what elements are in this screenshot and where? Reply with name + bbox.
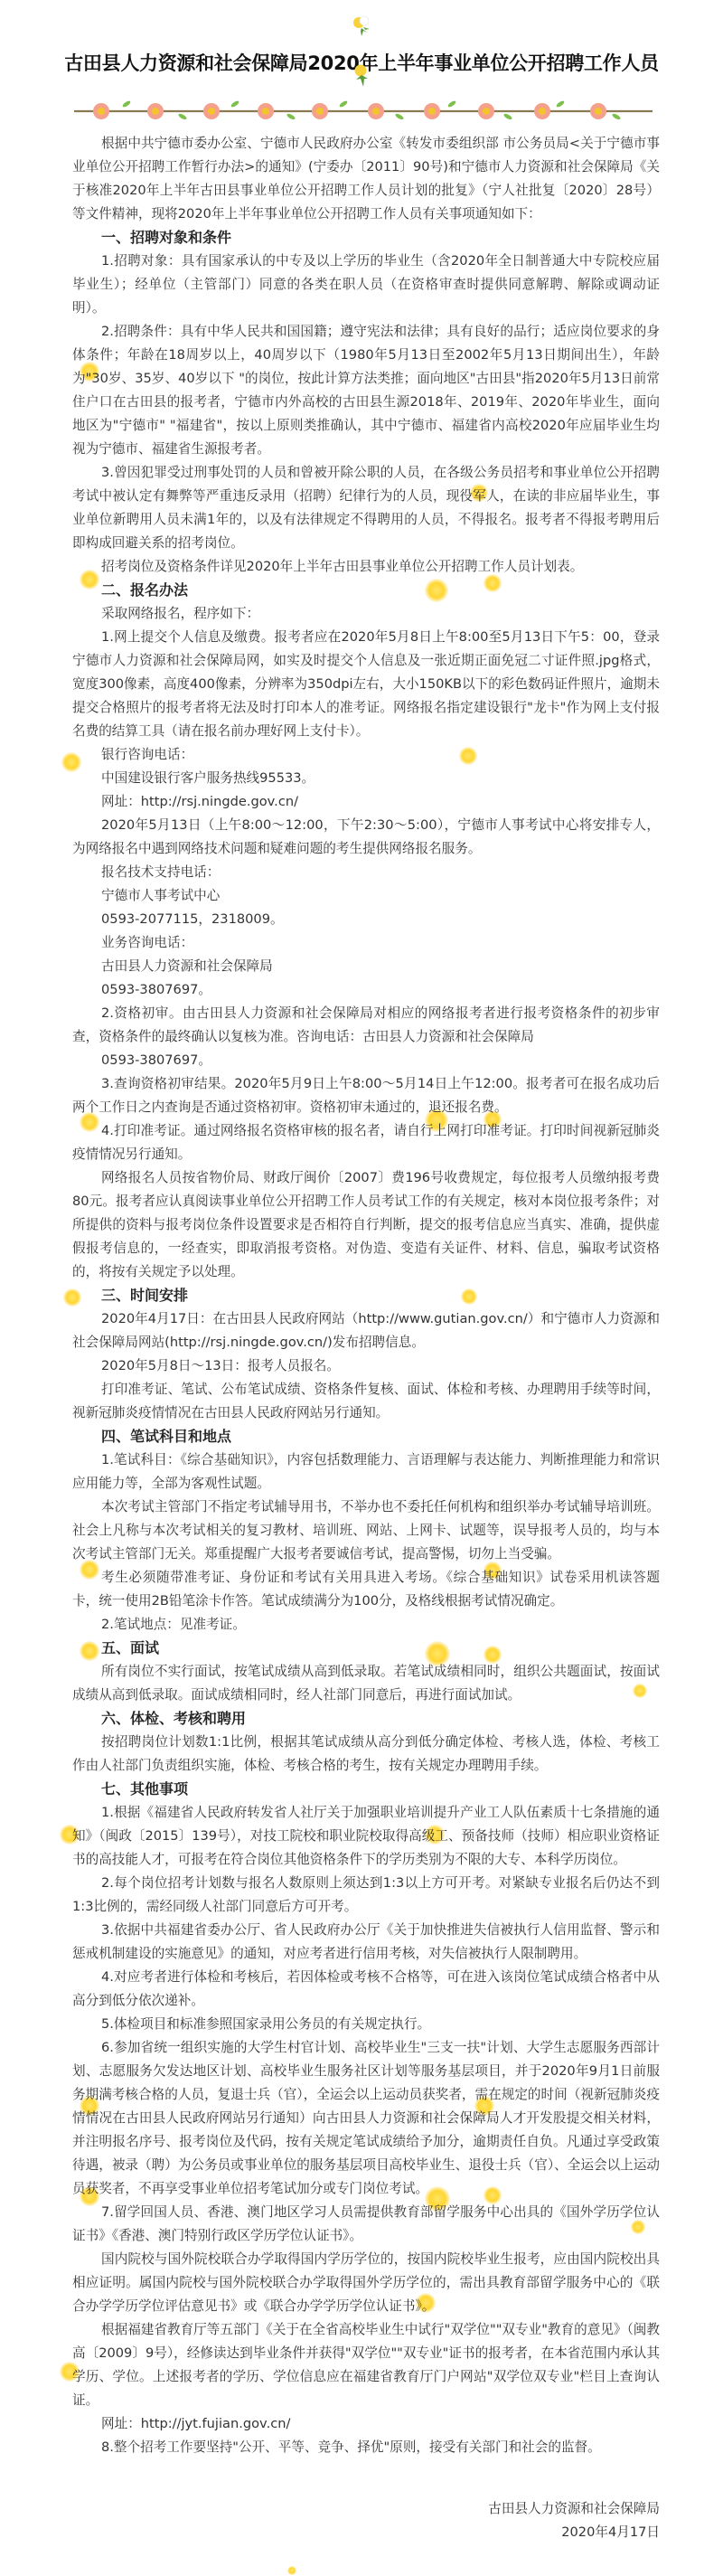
paragraph: 本次考试主管部门不指定考试辅导用书，不举办也不委托任何机构和组织举办考试辅导培训… xyxy=(72,1496,660,1566)
paragraph: 1.招聘对象：具有国家承认的中专及以上学历的毕业生（含2020年全日制普通大中专… xyxy=(72,250,660,320)
section-heading: 六、体检、考核和聘用 xyxy=(72,1707,660,1731)
paragraph: 1.根据《福建省人民政府转发省人社厅关于加强职业培训提升产业工人队伍素质十七条措… xyxy=(72,1801,660,1872)
paragraph: 中国建设银行客户服务热线95533。 xyxy=(72,767,660,790)
paragraph: 2020年5月13日（上午8:00～12:00，下午2:30～5:00），宁德市… xyxy=(72,814,660,861)
section-heading: 三、时间安排 xyxy=(72,1284,660,1307)
paragraph: 招考岗位及资格条件详见2020年上半年古田县事业单位公开招聘工作人员计划表。 xyxy=(72,555,660,579)
article-body: 根据中共宁德市委办公室、宁德市人民政府办公室《转发市委组织部 市公务员局<关于宁… xyxy=(72,132,660,2544)
paragraph: 报名技术支持电话： xyxy=(72,861,660,884)
paragraph: 3.依据中共福建省委办公厅、省人民政府办公厅《关于加快推进失信被执行人信用监督、… xyxy=(72,1919,660,1966)
section-heading: 四、笔试科目和地点 xyxy=(72,1425,660,1448)
paragraph: 6.参加省统一组织实施的大学生村官计划、高校毕业生"三支一扶"计划、大学生志愿服… xyxy=(72,2036,660,2201)
section-heading: 五、面试 xyxy=(72,1637,660,1660)
paragraph: 2.笔试地点：见准考证。 xyxy=(72,1613,660,1637)
signature-org: 古田县人力资源和社会保障局 xyxy=(72,2497,660,2521)
paragraph: 2.招聘条件：具有中华人民共和国国籍；遵守宪法和法律；具有良好的品行；适应岗位要… xyxy=(72,320,660,461)
flower-vine-divider-icon xyxy=(74,98,653,125)
paragraph: 业务咨询电话： xyxy=(72,931,660,955)
spacer xyxy=(72,2459,660,2497)
paragraph: 3.曾因犯罪受过刑事处罚的人员和曾被开除公职的人员，在各级公务员招考和事业单位公… xyxy=(72,461,660,555)
paragraph: 打印准考证、笔试、公布笔试成绩、资格条件复核、面试、体检和考核、办理聘用手续等时… xyxy=(72,1378,660,1425)
signature-date: 2020年4月17日 xyxy=(72,2521,660,2544)
paragraph: 8.整个招考工作要坚持"公开、平等、竞争、择优"原则，接受有关部门和社会的监督。 xyxy=(72,2436,660,2459)
section-heading: 一、招聘对象和条件 xyxy=(72,226,660,250)
paragraph: 2.每个岗位招考计划数与报名人数原则上须达到1:3以上方可开考。对紧缺专业报名后… xyxy=(72,1872,660,1919)
phone-number: 0593-3807697。 xyxy=(72,978,660,1002)
chrysanthemum-icon xyxy=(351,13,372,38)
paragraph: 1.网上提交个人信息及缴费。报考者应在2020年5月8日上午8:00至5月13日… xyxy=(72,626,660,743)
paragraph: 4.对应考者进行体检和考核后，若因体检或考核不合格等，可在进入该岗位笔试成绩合格… xyxy=(72,1966,660,2013)
paragraph: 2020年4月17日：在古田县人民政府网站（http://www.gutian.… xyxy=(72,1307,660,1354)
phone-number: 0593-2077115，2318009。 xyxy=(72,908,660,931)
paragraph: 2.资格初审。由古田县人力资源和社会保障局对相应的网络报考者进行报考资格条件的初… xyxy=(72,1002,660,1049)
section-heading: 七、其他事项 xyxy=(72,1778,660,1801)
paragraph: 考生必须随带准考证、身份证和考试有关用具进入考场。《综合基础知识》试卷采用机读答… xyxy=(72,1566,660,1613)
paragraph: 银行咨询电话： xyxy=(72,743,660,767)
paragraph: 按招聘岗位计划数1:1比例，根据其笔试成绩从高分到低分确定体检、考核人选，体检、… xyxy=(72,1731,660,1778)
paragraph: 国内院校与国外院校联合办学取得国内学历学位的，按国内院校毕业生报考，应由国内院校… xyxy=(72,2248,660,2318)
article-page: 古田县人力资源和社会保障局2020年上半年事业单位公开招聘工作人员 xyxy=(0,0,723,2576)
paragraph: 7.留学回国人员、香港、澳门地区学习人员需提供教育部留学服务中心出具的《国外学历… xyxy=(72,2201,660,2248)
paragraph: 4.打印准考证。通过网络报名资格审核的报名者，请自行上网打印准考证。打印时间视新… xyxy=(72,1119,660,1166)
paragraph: 2020年5月8日～13日：报考人员报名。 xyxy=(72,1354,660,1378)
paragraph: 所有岗位不实行面试，按笔试成绩从高到低录取。若笔试成绩相同时，组织公共题面试，按… xyxy=(72,1660,660,1707)
sparkle-icon xyxy=(287,2566,296,2575)
chrysanthemum-icon xyxy=(351,61,372,89)
paragraph: 根据福建省教育厅等五部门《关于在全省高校毕业生中试行"双学位""双专业"教育的意… xyxy=(72,2318,660,2412)
website-link[interactable]: 网址：http://rsj.ningde.gov.cn/ xyxy=(72,790,660,814)
phone-number: 0593-3807697。 xyxy=(72,1049,660,1072)
paragraph: 1.笔试科目：《综合基础知识》，内容包括数理能力、言语理解与表达能力、判断推理能… xyxy=(72,1448,660,1496)
paragraph: 宁德市人事考试中心 xyxy=(72,884,660,908)
paragraph: 采取网络报名，程序如下： xyxy=(72,602,660,626)
paragraph: 5.体检项目和标准参照国家录用公务员的有关规定执行。 xyxy=(72,2013,660,2036)
website-link[interactable]: 网址：http://jyt.fujian.gov.cn/ xyxy=(72,2412,660,2436)
section-heading: 二、报名办法 xyxy=(72,579,660,602)
paragraph: 古田县人力资源和社会保障局 xyxy=(72,955,660,978)
intro-paragraph: 根据中共宁德市委办公室、宁德市人民政府办公室《转发市委组织部 市公务员局<关于宁… xyxy=(72,132,660,226)
paragraph: 网络报名人员按省物价局、财政厅闽价〔2007〕费196号收费规定，每位报考人员缴… xyxy=(72,1166,660,1284)
paragraph: 3.查询资格初审结果。2020年5月9日上午8:00～5月14日上午12:00。… xyxy=(72,1072,660,1119)
